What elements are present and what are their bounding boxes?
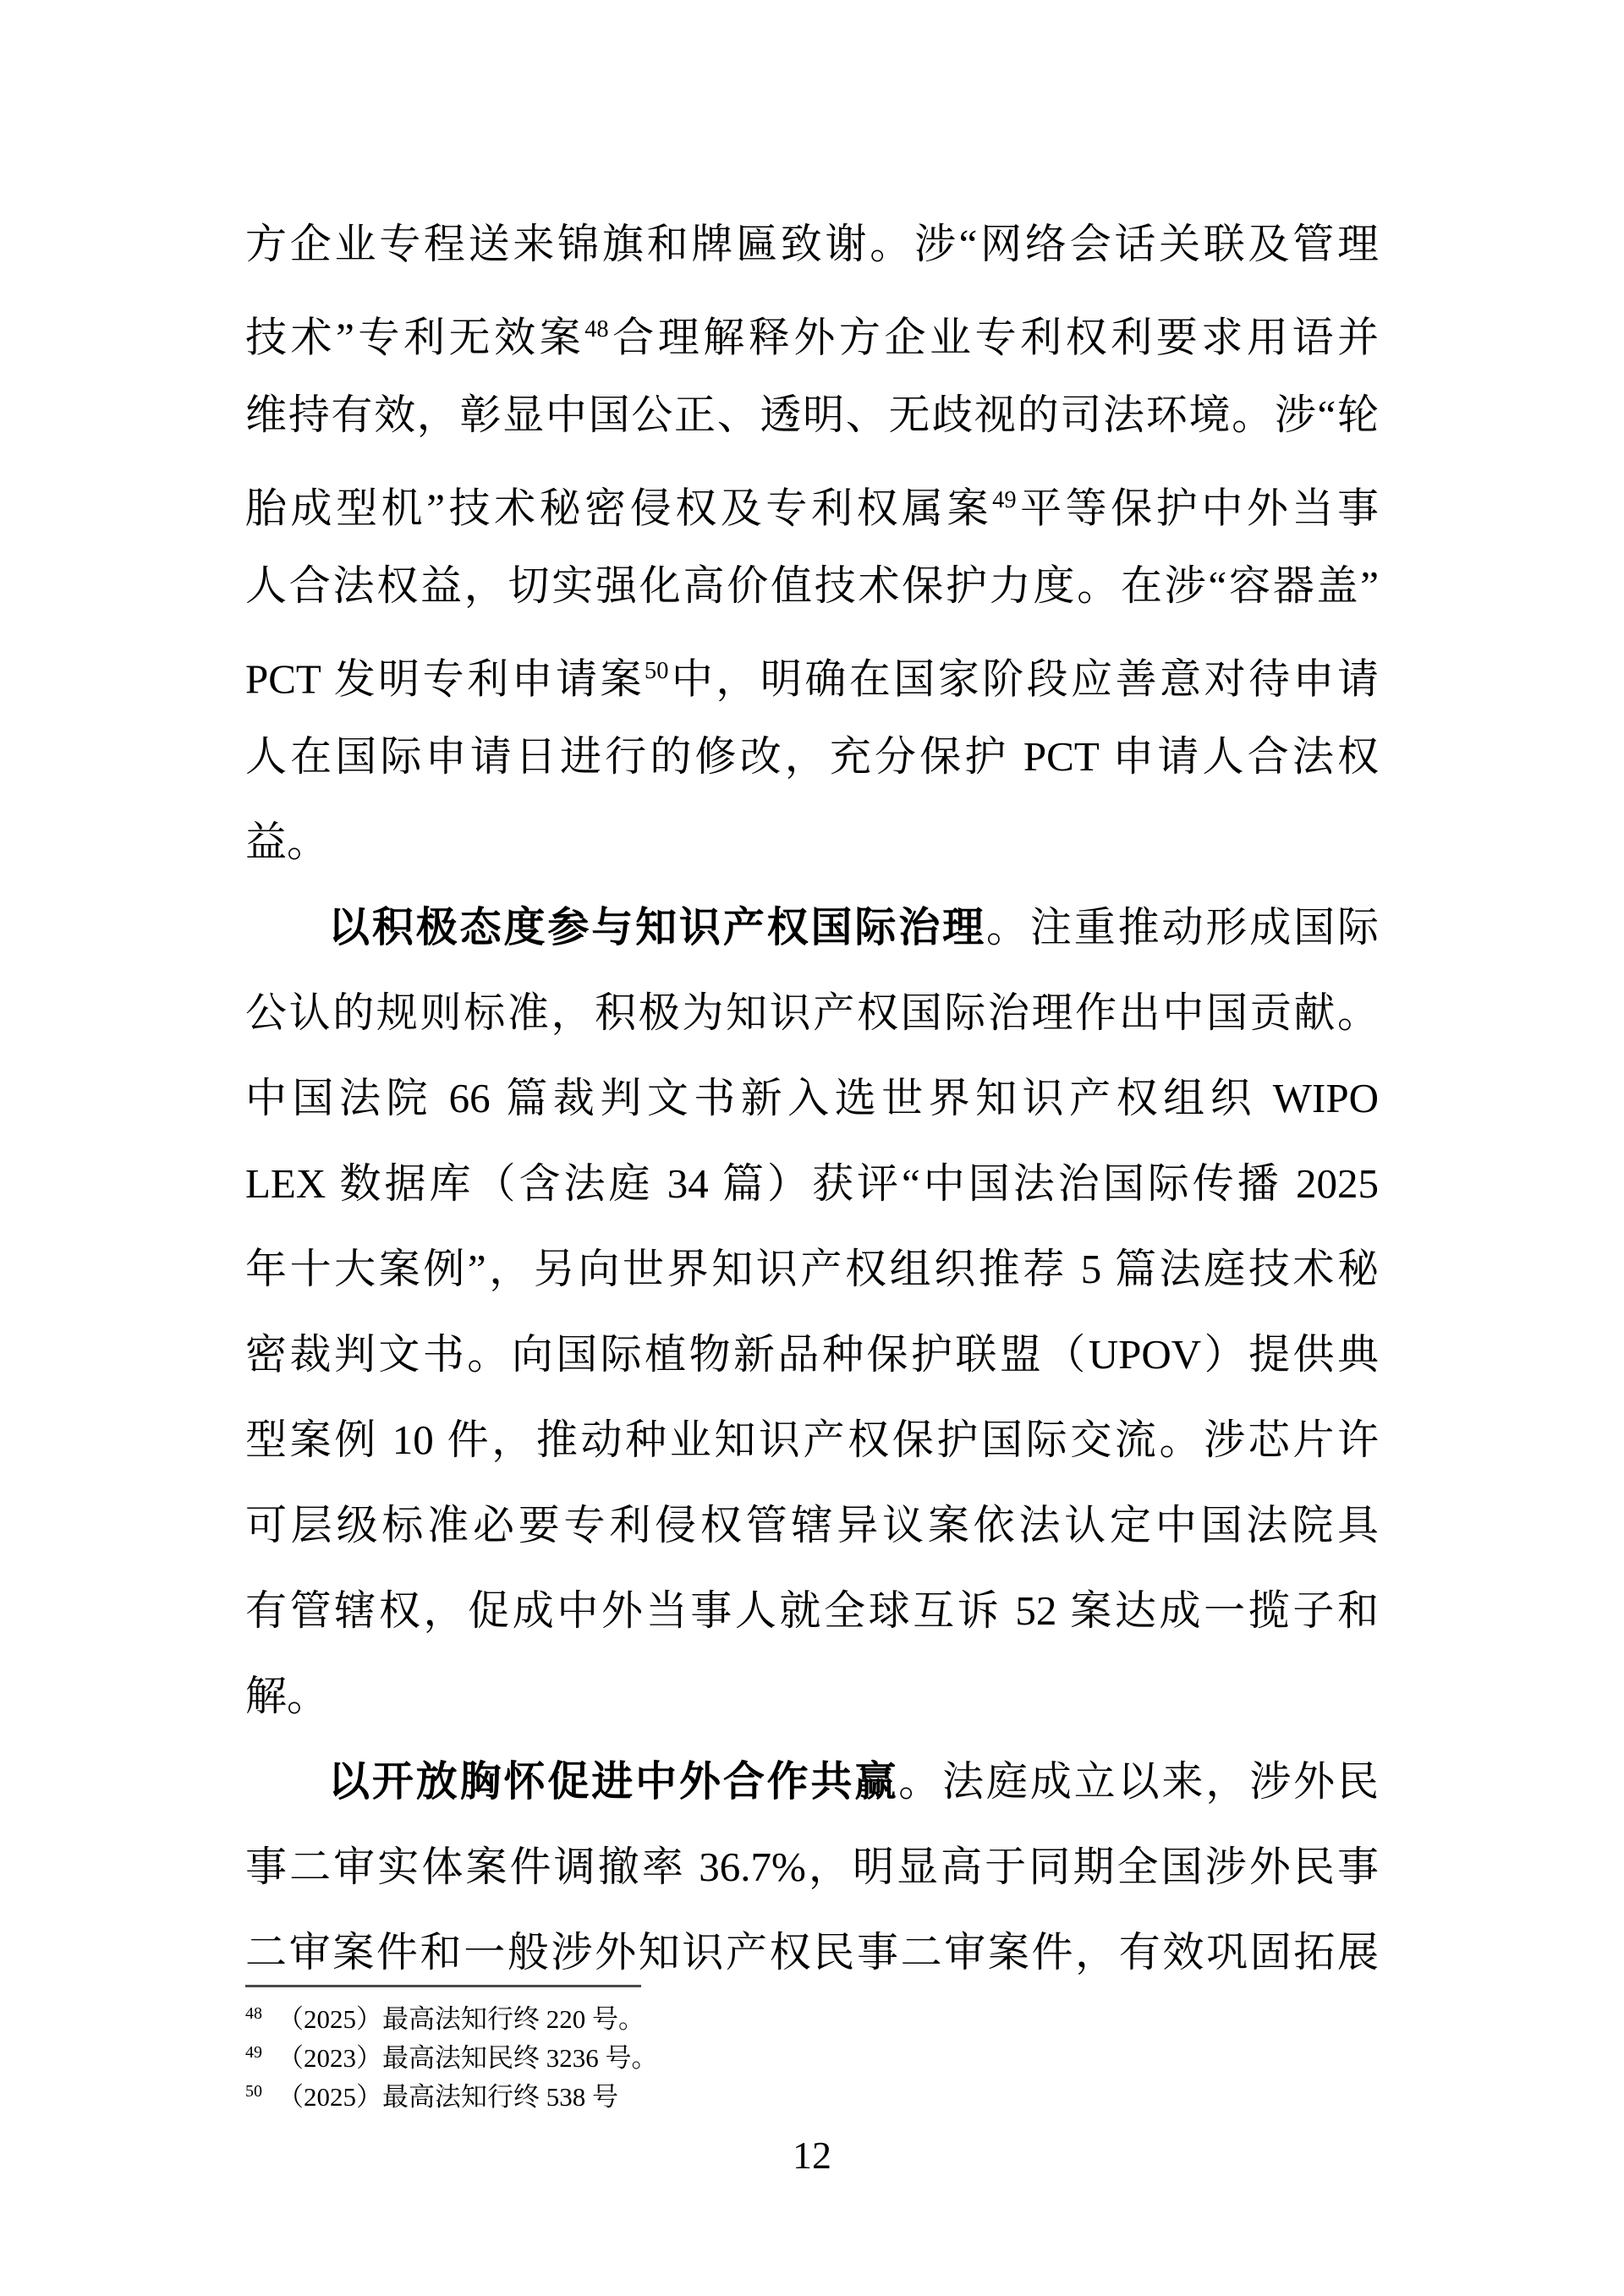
text-segment: 合理解释外方企业专利权利要求用语并 [609,315,1379,361]
footnote-item: 48（2025）最高法知行终 220 号。 [245,1994,1379,2033]
text-segment: 益。 [245,819,328,865]
footnote-item: 50（2025）最高法知行终 538 号 [245,2072,1379,2111]
text-segment: 二审案件和一般涉外知识产权民事二审案件，有效巩固拓展 [245,1929,1379,1975]
text-segment: 方企业专程送来锦旗和牌匾致谢。涉“网络会话关联及管理 [245,221,1379,267]
body-line: 公认的规则标准，积极为知识产权国际治理作出中国贡献。 [245,970,1379,1055]
body-line: 胎成型机”技术秘密侵权及专利权属案49平等保护中外当事 [245,458,1379,543]
text-segment: 可层级标准必要专利侵权管辖异议案依法认定中国法院具 [245,1502,1379,1548]
text-segment: 解。 [245,1673,328,1719]
text-segment: 有管辖权，促成中外当事人就全球互诉 52 案达成一揽子和 [245,1587,1379,1634]
text-segment: 中，明确在国家阶段应善意对待申请 [668,656,1379,703]
body-line: LEX 数据库（含法庭 34 篇）获评“中国法治国际传播 2025 [245,1141,1379,1226]
body-line: 方企业专程送来锦旗和牌匾致谢。涉“网络会话关联及管理 [245,201,1379,287]
body-line: 益。 [245,799,1379,885]
text-segment: 以积极态度参与知识产权国际治理 [328,904,986,951]
text-segment: 技术”专利无效案 [245,315,584,361]
text-segment: 以开放胸怀促进中外合作共赢 [328,1758,898,1805]
body-line: 维持有效，彰显中国公正、透明、无歧视的司法环境。涉“轮 [245,372,1379,458]
text-segment: 事二审实体案件调撤率 36.7%，明显高于同期全国涉外民事 [245,1844,1379,1890]
text-segment: 公认的规则标准，积极为知识产权国际治理作出中国贡献。 [245,989,1379,1036]
text-segment: 维持有效，彰显中国公正、透明、无歧视的司法环境。涉“轮 [245,392,1379,438]
text-segment: 平等保护中外当事 [1017,485,1379,532]
text-segment: LEX 数据库（含法庭 34 篇）获评“中国法治国际传播 2025 [245,1160,1379,1207]
text-segment: 年十大案例”，另向世界知识产权组织推荐 5 篇法庭技术秘 [245,1246,1379,1292]
text-segment: PCT 发明专利申请案 [245,656,645,703]
footnote-text: （2025）最高法知行终 220 号。 [277,2004,645,2034]
footnote-ref-superscript: 50 [645,658,668,684]
footnote-text: （2023）最高法知民终 3236 号。 [277,2043,658,2073]
document-page: 方企业专程送来锦旗和牌匾致谢。涉“网络会话关联及管理技术”专利无效案48合理解释… [0,0,1624,2296]
body-line: 解。 [245,1653,1379,1739]
footnote-ref-superscript: 48 [584,316,608,342]
text-segment: 人合法权益，切实强化高价值技术保护力度。在涉“容器盖” [245,562,1379,609]
text-segment: 型案例 10 件，推动种业知识产权保护国际交流。涉芯片许 [245,1417,1379,1463]
text-segment: 。注重推动形成国际 [986,904,1379,951]
body-line: 有管辖权，促成中外当事人就全球互诉 52 案达成一揽子和 [245,1568,1379,1653]
body-line: 以积极态度参与知识产权国际治理。注重推动形成国际 [245,885,1379,970]
footnote-marker: 50 [245,2082,262,2101]
page-number: 12 [0,2133,1624,2178]
body-line: 可层级标准必要专利侵权管辖异议案依法认定中国法院具 [245,1482,1379,1568]
footnote-marker: 49 [245,2043,262,2062]
body-line: PCT 发明专利申请案50中，明确在国家阶段应善意对待申请 [245,628,1379,714]
footnote-ref-superscript: 49 [992,487,1016,513]
text-segment: 密裁判文书。向国际植物新品种保护联盟（UPOV）提供典 [245,1331,1379,1378]
body-line: 型案例 10 件，推动种业知识产权保护国际交流。涉芯片许 [245,1397,1379,1482]
body-line: 中国法院 66 篇裁判文书新入选世界知识产权组织 WIPO [245,1055,1379,1141]
text-segment: 胎成型机”技术秘密侵权及专利权属案 [245,485,992,532]
body-line: 技术”专利无效案48合理解释外方企业专利权利要求用语并 [245,287,1379,372]
footnote-item: 49（2023）最高法知民终 3236 号。 [245,2033,1379,2072]
body-line: 二审案件和一般涉外知识产权民事二审案件，有效巩固拓展 [245,1910,1379,1995]
body-line: 人在国际申请日进行的修改，充分保护 PCT 申请人合法权 [245,714,1379,799]
footnote-separator [245,1985,641,1987]
footnote-text: （2025）最高法知行终 538 号 [277,2082,618,2112]
text-segment: 人在国际申请日进行的修改，充分保护 PCT 申请人合法权 [245,733,1379,780]
text-segment: 。法庭成立以来，涉外民 [898,1758,1379,1805]
footnotes: 48（2025）最高法知行终 220 号。49（2023）最高法知民终 3236… [245,1994,1379,2111]
body-line: 密裁判文书。向国际植物新品种保护联盟（UPOV）提供典 [245,1312,1379,1397]
text-segment: 中国法院 66 篇裁判文书新入选世界知识产权组织 WIPO [245,1075,1379,1121]
body-text: 方企业专程送来锦旗和牌匾致谢。涉“网络会话关联及管理技术”专利无效案48合理解释… [245,201,1379,1995]
body-line: 年十大案例”，另向世界知识产权组织推荐 5 篇法庭技术秘 [245,1226,1379,1312]
body-line: 以开放胸怀促进中外合作共赢。法庭成立以来，涉外民 [245,1739,1379,1824]
body-line: 事二审实体案件调撤率 36.7%，明显高于同期全国涉外民事 [245,1824,1379,1910]
body-line: 人合法权益，切实强化高价值技术保护力度。在涉“容器盖” [245,543,1379,628]
footnote-marker: 48 [245,2004,262,2023]
